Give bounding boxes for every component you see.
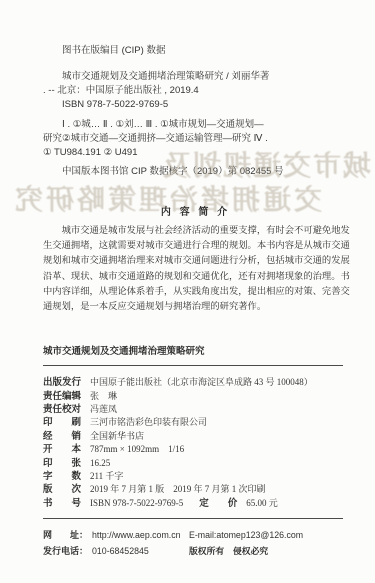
colophon-row-edition: 版 次 2019 年 7 月第 1 版 2019 年 7 月第 1 次印刷	[43, 483, 343, 496]
colophon-row-printer: 印 刷 三河市铭浩彩色印装有限公司	[43, 416, 343, 429]
cip-block: 图书在版编目 (CIP) 数据 城市交通规划及交通拥堵治理策略研究 / 刘丽华著…	[0, 0, 375, 179]
colophon-row-format: 开 本 787mm × 1092mm 1/16	[43, 443, 343, 456]
colophon-row-proofreader: 责任校对 冯莲凤	[43, 403, 343, 416]
abstract-line: 沿革、现状、城市交通道路的规划和交通优化，还有对拥堵现象的治理。书	[43, 270, 348, 285]
contact-footer: 网 址： http://www.aep.com.cn E-mail:atomep…	[43, 528, 343, 559]
cip-title-line: 城市交通规划及交通拥堵治理策略研究 / 刘丽华著	[43, 70, 347, 84]
colophon-book-title: 城市交通规划及交通拥堵治理策略研究	[43, 345, 343, 358]
abstract-paragraph: 城市交通是城市发展与社会经济活动的重要支撑，有时会不可避免地发 生交通拥堵，这就…	[43, 224, 348, 315]
row-value: 全国新华书店	[90, 430, 144, 443]
row-label: 经 销	[43, 430, 83, 443]
divider-bottom	[43, 518, 343, 519]
colophon-row-editor: 责任编辑 张 琳	[43, 390, 343, 403]
footer-website-row: 网 址： http://www.aep.com.cn E-mail:atomep…	[43, 528, 343, 544]
copyright-page: 图书在版编目 (CIP) 数据 城市交通规划及交通拥堵治理策略研究 / 刘丽华著…	[0, 0, 375, 583]
phone-label: 发行电话：	[43, 544, 88, 560]
cip-record-line: 中国版本图书馆 CIP 数据核字（2019）第 082455 号	[43, 165, 347, 179]
row-label: 书 号	[43, 497, 83, 510]
phone-cell: 发行电话： 010-68452845	[43, 544, 189, 560]
row-value: 三河市铭浩彩色印装有限公司	[90, 416, 207, 429]
row-value: ISBN 978-7-5022-9769-5	[90, 497, 183, 510]
divider-top	[43, 365, 343, 366]
row-value: 2019 年 7 月第 1 版 2019 年 7 月第 1 次印刷	[90, 483, 266, 496]
cip-class-line-3: ① TU984.191 ② U491	[43, 146, 347, 160]
row-value: 中国原子能出版社（北京市海淀区阜成路 43 号 100048）	[90, 376, 313, 389]
row-label: 印 张	[43, 457, 83, 470]
colophon-row-sheets: 印 张 16.25	[43, 457, 343, 470]
cip-publisher-line: . -- 北京：中国原子能出版社 , 2019.4	[43, 84, 347, 98]
colophon-row-publisher: 出版发行 中国原子能出版社（北京市海淀区阜成路 43 号 100048）	[43, 376, 343, 389]
colophon-rows: 出版发行 中国原子能出版社（北京市海淀区阜成路 43 号 100048） 责任编…	[43, 376, 343, 510]
cip-isbn-line: ISBN 978-7-5022-9769-5	[43, 98, 347, 112]
row-value: 张 琳	[90, 390, 117, 403]
phone-number: 010-68452845	[92, 544, 149, 560]
row-label: 责任编辑	[43, 390, 83, 403]
row-label: 责任校对	[43, 403, 83, 416]
price-label: 定 价	[199, 497, 239, 510]
row-value: 冯莲凤	[90, 403, 117, 416]
row-label: 版 次	[43, 483, 83, 496]
colophon-row-isbn-price: 书 号 ISBN 978-7-5022-9769-5 定 价 65.00 元	[43, 497, 343, 510]
abstract-line: 生交通拥堵，这就需要对城市交通进行合理的规划。本书内容是从城市交通	[43, 239, 348, 254]
cip-class-line-1: Ⅰ . ①城… Ⅱ . ①刘… Ⅲ . ①城市规划—交通规划—	[43, 118, 347, 132]
copyright-notice: 版权所有 侵权必究	[189, 544, 268, 560]
row-value: 16.25	[90, 457, 110, 470]
cip-class-line-2: 研究②城市交通—交通拥挤—交通运输管理—研究 Ⅳ .	[43, 132, 347, 146]
website-cell: 网 址： http://www.aep.com.cn	[43, 528, 189, 544]
abstract-line: 城市交通是城市发展与社会经济活动的重要支撑，有时会不可避免地发	[43, 224, 348, 239]
website-label: 网 址：	[43, 528, 88, 544]
website-url: http://www.aep.com.cn	[92, 528, 181, 544]
colophon-section: 城市交通规划及交通拥堵治理策略研究 出版发行 中国原子能出版社（北京市海淀区阜成…	[43, 345, 343, 559]
abstract-line: 规划和城市交通拥堵治理来对城市交通问题进行分析，包括城市交通的发展	[43, 254, 348, 269]
footer-phone-row: 发行电话： 010-68452845 版权所有 侵权必究	[43, 544, 343, 560]
price-value: 65.00 元	[246, 497, 278, 510]
email-address: E-mail:atomep123@126.com	[189, 528, 303, 544]
row-value: 787mm × 1092mm 1/16	[90, 443, 184, 456]
abstract-line: 通规划，是一本反应交通规划与拥堵治理的研究著作。	[43, 300, 348, 315]
cip-header: 图书在版编目 (CIP) 数据	[43, 44, 347, 58]
row-value: 211 千字	[90, 470, 123, 483]
colophon-row-wordcount: 字 数 211 千字	[43, 470, 343, 483]
abstract-section: 内 容 简 介 城市交通是城市发展与社会经济活动的重要支撑，有时会不可避免地发 …	[43, 203, 348, 315]
row-label: 字 数	[43, 470, 83, 483]
row-label: 出版发行	[43, 376, 83, 389]
colophon-row-distributor: 经 销 全国新华书店	[43, 430, 343, 443]
row-label: 开 本	[43, 443, 83, 456]
row-label: 印 刷	[43, 416, 83, 429]
abstract-heading: 内 容 简 介	[43, 203, 348, 218]
abstract-line: 中内容详细，从理论体系着手，从实践角度出发，提出相应的对策、完善交	[43, 285, 348, 300]
